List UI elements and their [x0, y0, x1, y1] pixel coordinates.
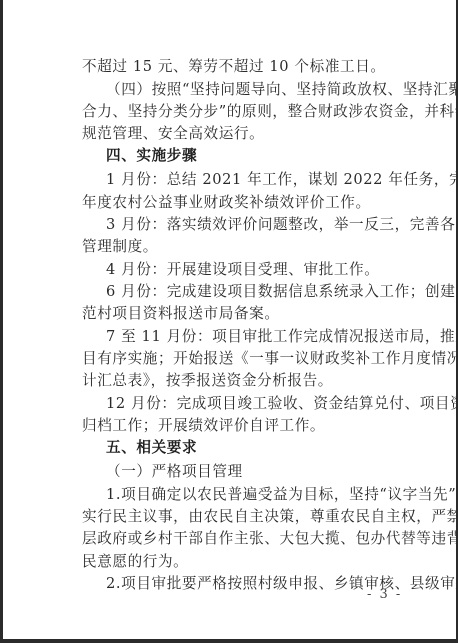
subsection-heading-project-management: （一）严格项目管理 — [106, 462, 426, 482]
paragraph-line: 1.项目确定以农民普遍受益为目标，坚持“议字当先”， — [106, 485, 426, 505]
paragraph-line: 管理制度。 — [82, 237, 402, 257]
paragraph-line: 7 至 11 月份：项目审批工作完成情况报送市局，推进项 — [106, 327, 426, 347]
paragraph-line: 层政府或乡村干部自作主张、大包大揽、包办代替等违背农 — [82, 529, 402, 549]
paragraph-line: 4 月份：开展建设项目受理、审批工作。 — [106, 260, 426, 280]
paragraph-line: 民意愿的行为。 — [82, 552, 402, 572]
paragraph-line: 计汇总表》，按季报送资金分析报告。 — [82, 371, 402, 391]
section-heading-requirements: 五、相关要求 — [106, 438, 426, 458]
section-heading-implementation-steps: 四、实施步骤 — [106, 146, 426, 166]
paragraph-line: 1 月份：总结 2021 年工作，谋划 2022 年任务，完成 2021 — [106, 170, 426, 190]
paragraph-line: 目有序实施；开始报送《一事一议财政奖补工作月度情况统 — [82, 349, 402, 369]
paragraph-line: 规范管理、安全高效运行。 — [82, 124, 402, 144]
page-number: - 3 - — [367, 587, 402, 602]
paragraph-line: （四）按照“坚持问题导向、坚持简政放权、坚持汇聚 — [106, 80, 426, 100]
paragraph-line: 年度农村公益事业财政奖补绩效评价工作。 — [82, 193, 402, 213]
paragraph-line: 实行民主议事，由农民自主决策，尊重农民自主权，严禁基 — [82, 507, 402, 527]
paragraph-line: 归档工作；开展绩效评价自评工作。 — [82, 416, 402, 436]
paragraph-line: 合力、坚持分类分步”的原则，整合财政涉农资金，并科学 — [82, 102, 402, 122]
paragraph-line: 6 月份：完成建设项目数据信息系统录入工作；创建示 — [106, 282, 426, 302]
paragraph-line: 12 月份：完成项目竣工验收、资金结算兑付、项目资料 — [106, 394, 426, 414]
paragraph-line: 3 月份：落实绩效评价问题整改，举一反三，完善各项 — [106, 215, 426, 235]
paragraph-line: 范村项目资料报送市局备案。 — [82, 304, 402, 324]
paragraph-line: 不超过 15 元、筹劳不超过 10 个标准工日。 — [82, 57, 402, 77]
document-page: 不超过 15 元、筹劳不超过 10 个标准工日。 （四）按照“坚持问题导向、坚持… — [3, 0, 456, 639]
